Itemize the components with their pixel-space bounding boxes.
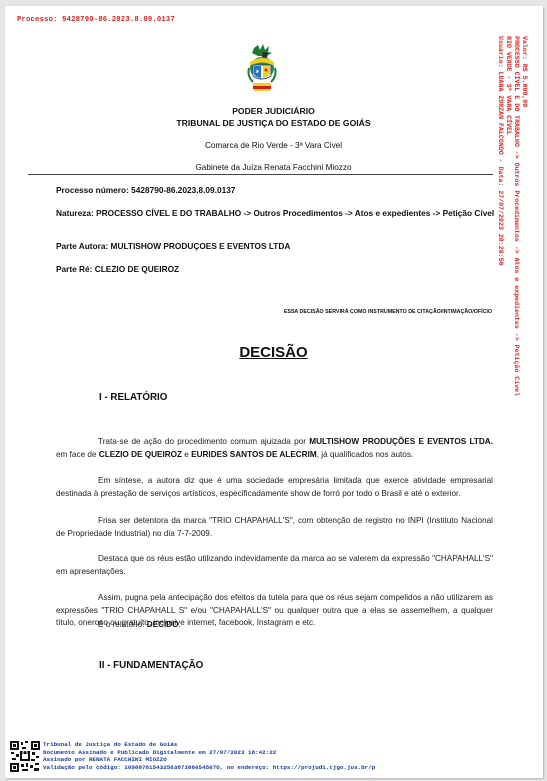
p6-text: .	[179, 620, 181, 629]
section-fundamentacao-heading: II - FUNDAMENTAÇÃO	[99, 660, 203, 671]
paragraph-4: Destaca que os réus estão utilizando ind…	[56, 553, 493, 578]
document-title: DECISÃO	[0, 344, 547, 361]
p1-text: e	[182, 450, 191, 459]
side-stamp-vara: RIO VERDE - 3ª VARA CÍVEL	[504, 36, 512, 396]
p1-text: em face de	[56, 450, 99, 459]
parte-autora: Parte Autora: MULTISHOW PRODUÇOES E EVEN…	[56, 241, 496, 253]
p6-text: É o relatório.	[98, 620, 147, 629]
letterhead-comarca: Comarca de Rio Verde - 3ª Vara Civel	[0, 141, 547, 150]
side-stamp-valor: Valor: R$ 5.000,00	[520, 36, 528, 396]
side-stamp: Valor: R$ 5.000,00 PROCESSO CÍVEL E DO T…	[496, 36, 528, 396]
p1-reu-2: EURIDES SANTOS DE ALECRIM	[191, 450, 317, 459]
signature-lines: Tribunal de Justiça do Estado de Goiás D…	[43, 741, 375, 771]
paragraph-2: Em síntese, a autora diz que é uma socie…	[56, 475, 493, 500]
p1-autora: MULTISHOW PRODUÇÕES E EVENTOS LTDA.	[309, 437, 493, 446]
natureza: Natureza: PROCESSO CÍVEL E DO TRABALHO -…	[56, 208, 496, 220]
signature-published: Documento Assinado e Publicado Digitalme…	[43, 749, 375, 757]
signature-signer: Assinado por RENATA FACCHINI MIOZZO	[43, 756, 375, 764]
p6-decido: DECIDO	[147, 620, 179, 629]
signature-validation: Validação pelo código: 10988761543256387…	[43, 764, 375, 772]
section-relatorio-heading: I - RELATÓRIO	[99, 392, 167, 403]
letterhead-tribunal: TRIBUNAL DE JUSTIÇA DO ESTADO DE GOIÁS	[0, 118, 547, 128]
p1-text: Trata-se de ação do procedimento comum a…	[98, 437, 309, 446]
p1-reu-1: CLEZIO DE QUEIROZ	[99, 450, 182, 459]
qr-code-icon[interactable]	[10, 741, 40, 772]
header-divider	[28, 174, 493, 175]
instrument-note: ESSA DECISÃO SERVIRÁ COMO INSTRUMENTO DE…	[0, 309, 492, 315]
processo-stamp: Processo: 5428790-86.2023.8.09.0137	[17, 16, 175, 24]
side-stamp-natureza: PROCESSO CÍVEL E DO TRABALHO -> Outros P…	[512, 36, 520, 396]
p1-text: , já qualificados nos autos.	[317, 450, 414, 459]
parte-re: Parte Ré: CLEZIO DE QUEIROZ	[56, 264, 496, 276]
letterhead-poder: PODER JUDICIÁRIO	[0, 106, 547, 116]
signature-tribunal: Tribunal de Justiça do Estado de Goiás	[43, 741, 375, 749]
letterhead-gabinete: Gabinete da Juíza Renata Facchini Miozzo	[0, 163, 547, 172]
paragraph-1: Trata-se de ação do procedimento comum a…	[56, 436, 493, 461]
paragraph-3: Frisa ser detentora da marca "TRIO CHAPA…	[56, 515, 493, 540]
paragraph-6: É o relatório. DECIDO.	[56, 619, 493, 632]
side-stamp-usuario: Usuário: LUANA ZORZAN FALCONDO - Data: 2…	[496, 36, 504, 396]
processo-numero: Processo número: 5428790-86.2023.8.09.01…	[56, 185, 496, 197]
goias-coat-of-arms-icon	[244, 44, 280, 94]
